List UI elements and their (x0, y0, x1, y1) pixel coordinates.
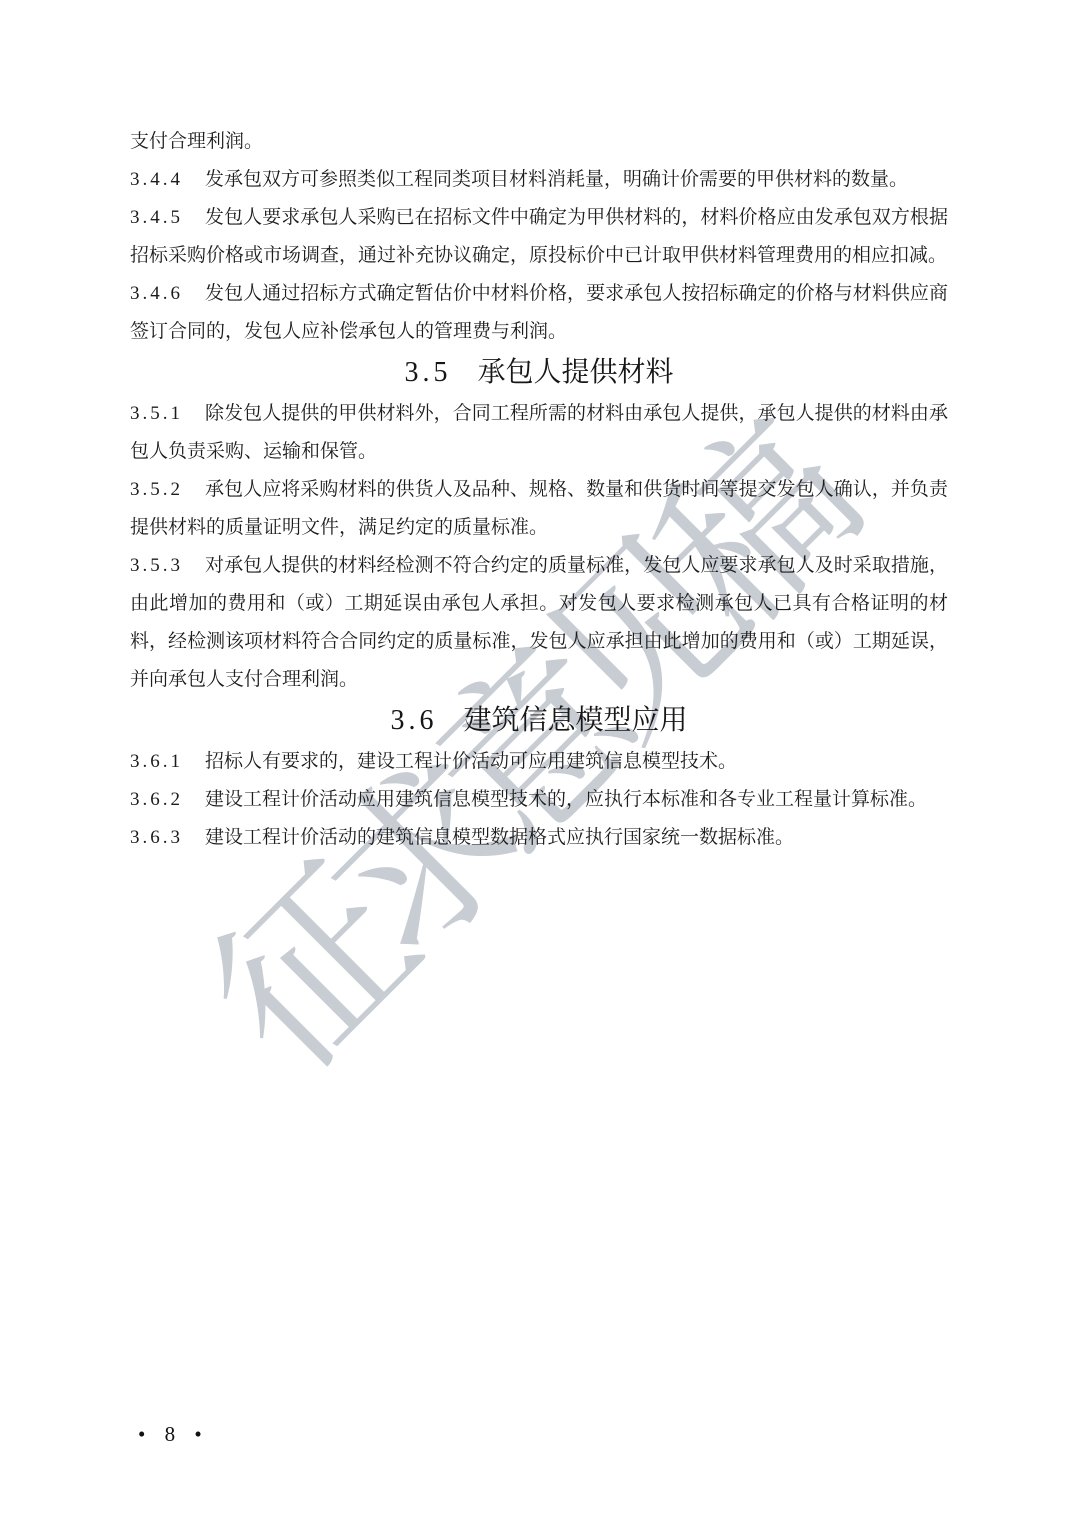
clause-number: 3.4.4 (130, 169, 183, 190)
document-page: 征求意见稿 支付合理利润。 3.4.4发承包双方可参照类似工程同类项目材料消耗量… (0, 0, 1080, 1526)
clause-3-4-4: 3.4.4发承包双方可参照类似工程同类项目材料消耗量，明确计价需要的甲供材料的数… (130, 161, 948, 199)
clause-3-4-5: 3.4.5发包人要求承包人采购已在招标文件中确定为甲供材料的，材料价格应由发承包… (130, 199, 948, 275)
clause-3-6-1: 3.6.1招标人有要求的，建设工程计价活动可应用建筑信息模型技术。 (130, 743, 948, 781)
clause-text: 建设工程计价活动应用建筑信息模型技术的，应执行本标准和各专业工程量计算标准。 (205, 789, 927, 810)
clause-number: 3.4.5 (130, 207, 183, 228)
clause-3-5-3: 3.5.3对承包人提供的材料经检测不符合约定的质量标准，发包人应要求承包人及时采… (130, 547, 948, 699)
clause-number: 3.6.3 (130, 827, 183, 848)
clause-3-5-2: 3.5.2承包人应将采购材料的供货人及品种、规格、数量和供货时间等提交发包人确认… (130, 471, 948, 547)
clause-text: 发包人要求承包人采购已在招标文件中确定为甲供材料的，材料价格应由发承包双方根据招… (130, 207, 948, 266)
section-title: 建筑信息模型应用 (463, 705, 687, 736)
section-number: 3.6 (390, 705, 437, 736)
section-heading-3-6: 3.6建筑信息模型应用 (130, 699, 948, 743)
clause-text: 建设工程计价活动的建筑信息模型数据格式应执行国家统一数据标准。 (205, 827, 794, 848)
clause-3-6-3: 3.6.3建设工程计价活动的建筑信息模型数据格式应执行国家统一数据标准。 (130, 819, 948, 857)
clause-text: 招标人有要求的，建设工程计价活动可应用建筑信息模型技术。 (205, 751, 737, 772)
clause-text: 发承包双方可参照类似工程同类项目材料消耗量，明确计价需要的甲供材料的数量。 (205, 169, 908, 190)
page-number: • 8 • (138, 1422, 209, 1447)
clause-3-5-1: 3.5.1除发包人提供的甲供材料外，合同工程所需的材料由承包人提供，承包人提供的… (130, 395, 948, 471)
clause-3-6-2: 3.6.2建设工程计价活动应用建筑信息模型技术的，应执行本标准和各专业工程量计算… (130, 781, 948, 819)
clause-number: 3.5.1 (130, 403, 183, 424)
clause-number: 3.4.6 (130, 283, 183, 304)
clause-text: 除发包人提供的甲供材料外，合同工程所需的材料由承包人提供，承包人提供的材料由承包… (130, 403, 948, 462)
clause-number: 3.6.2 (130, 789, 183, 810)
section-heading-3-5: 3.5承包人提供材料 (130, 351, 948, 395)
continuation-line: 支付合理利润。 (130, 123, 948, 161)
page-content: 支付合理利润。 3.4.4发承包双方可参照类似工程同类项目材料消耗量，明确计价需… (130, 123, 948, 857)
clause-number: 3.5.3 (130, 555, 183, 576)
section-title: 承包人提供材料 (477, 357, 673, 388)
clause-text: 对承包人提供的材料经检测不符合约定的质量标准，发包人应要求承包人及时采取措施，由… (130, 555, 948, 690)
clause-text: 承包人应将采购材料的供货人及品种、规格、数量和供货时间等提交发包人确认，并负责提… (130, 479, 948, 538)
clause-3-4-6: 3.4.6发包人通过招标方式确定暂估价中材料价格，要求承包人按招标确定的价格与材… (130, 275, 948, 351)
clause-number: 3.6.1 (130, 751, 183, 772)
section-number: 3.5 (404, 357, 451, 388)
clause-text: 发包人通过招标方式确定暂估价中材料价格，要求承包人按招标确定的价格与材料供应商签… (130, 283, 948, 342)
clause-number: 3.5.2 (130, 479, 183, 500)
